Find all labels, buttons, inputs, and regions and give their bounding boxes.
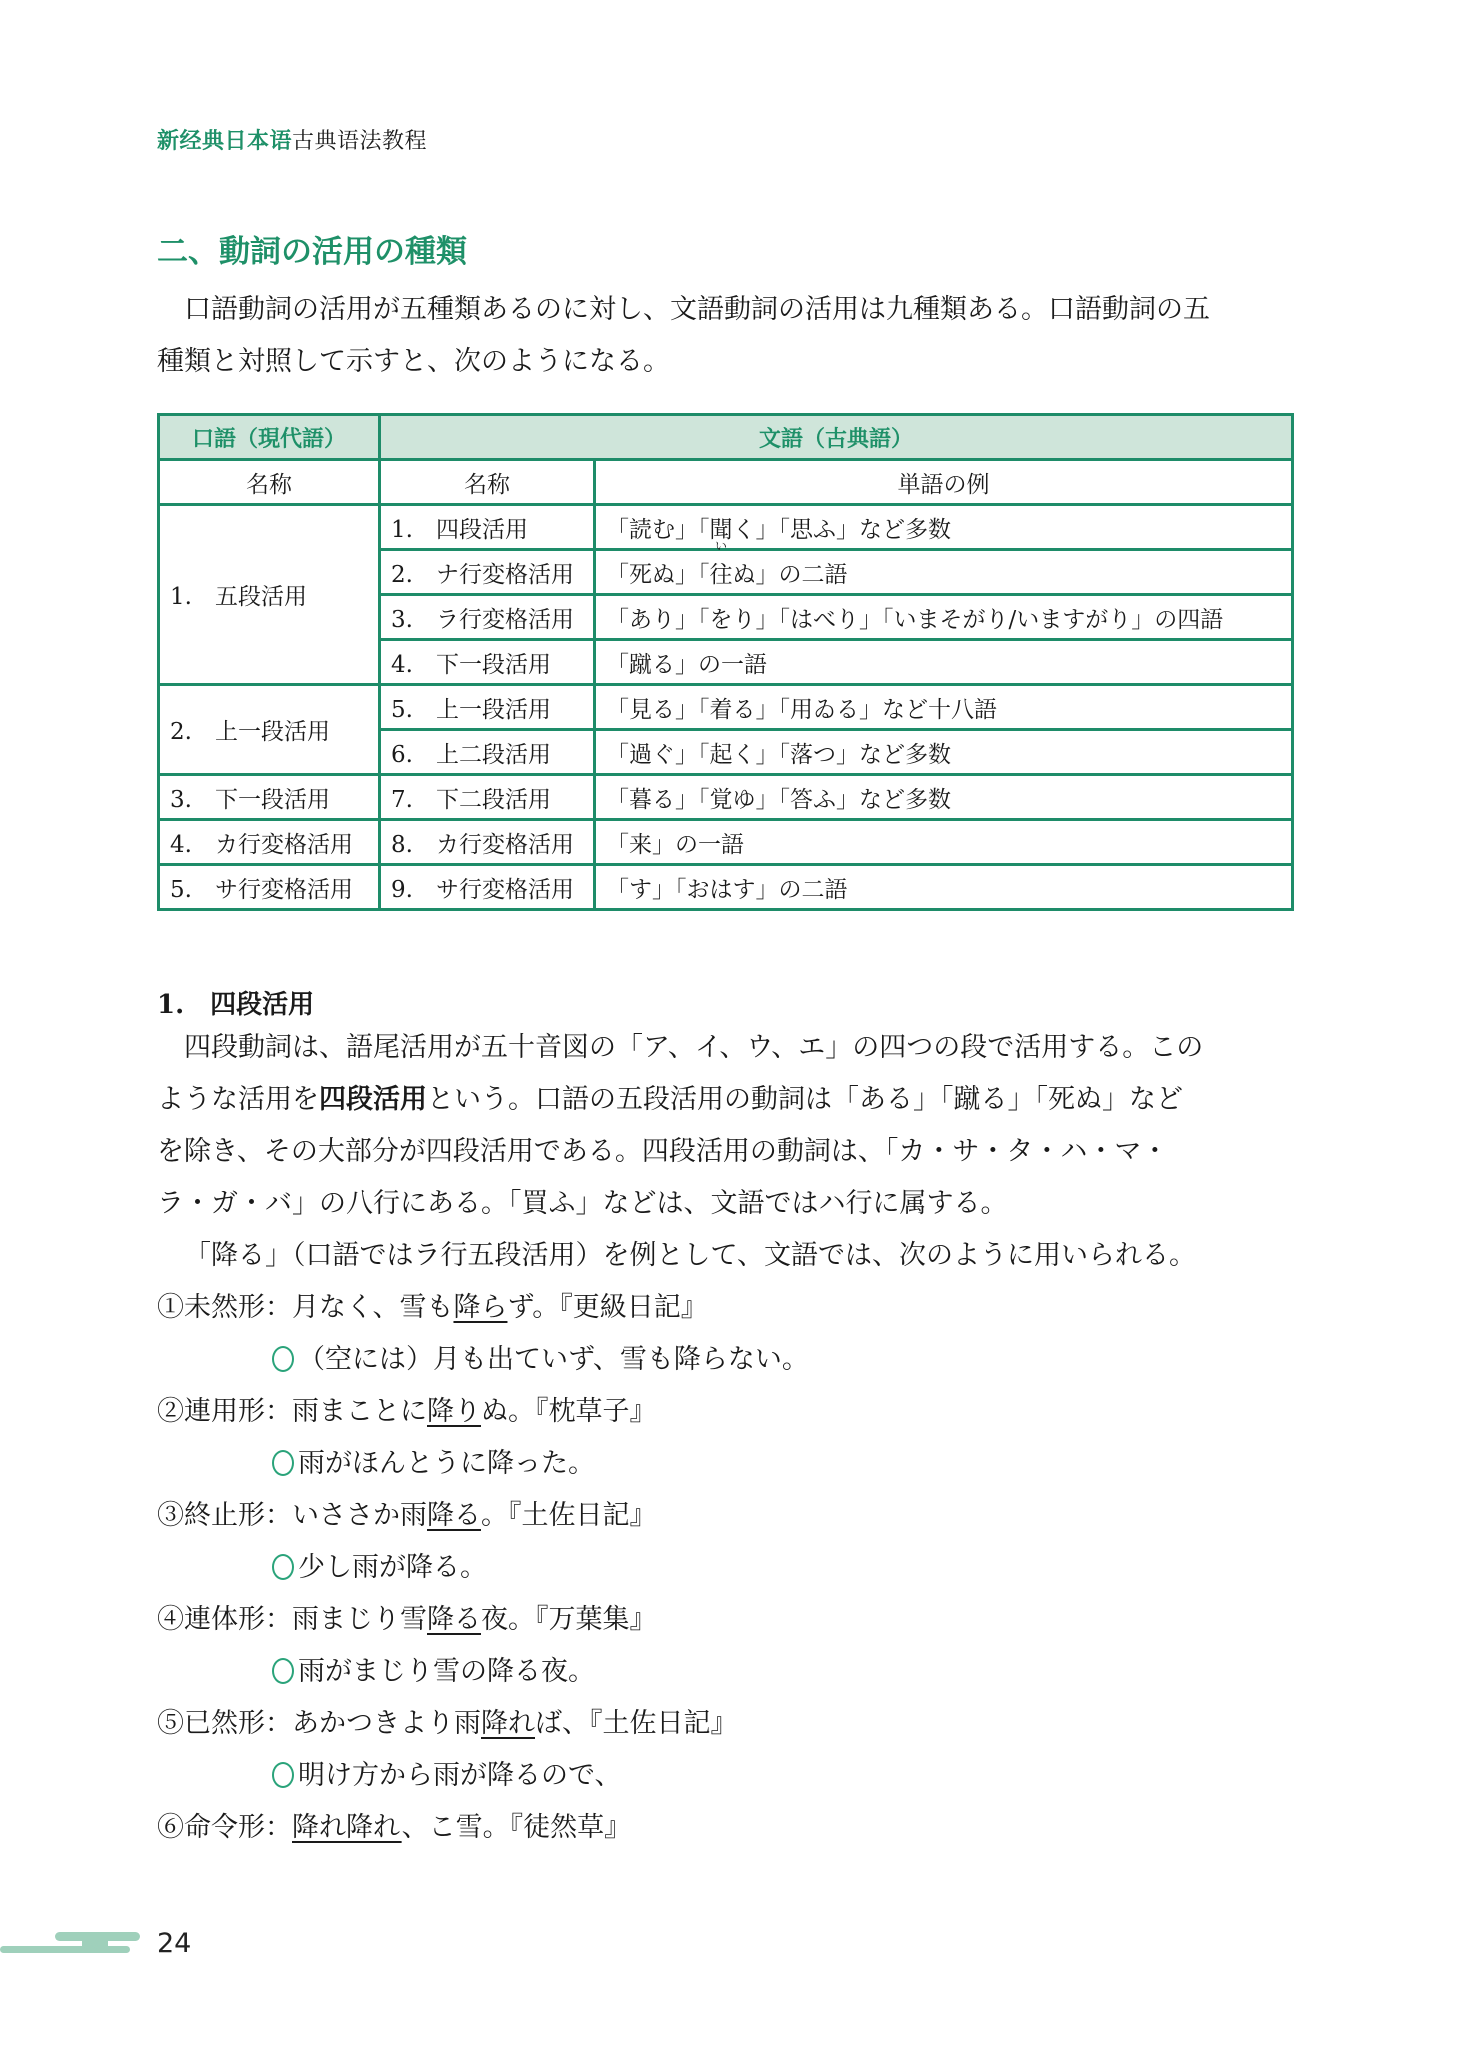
word-examples: 「見る」「着る」「用ゐる」など十八語 xyxy=(595,685,1293,730)
running-head: 新经典日本语古典语法教程 xyxy=(157,124,427,155)
conjugation-examples: ①未然形：月なく、雪も降らず。『更級日記』 （空には）月も出ていず、雪も降らない… xyxy=(157,1282,809,1854)
underlined-verb: 降り xyxy=(427,1396,481,1427)
example-text: ぬ。『枕草子』 xyxy=(481,1396,657,1427)
underlined-verb: 降る xyxy=(427,1604,481,1635)
classical-type: 9. サ行変格活用 xyxy=(380,865,595,910)
para-line: ような活用を四段活用という。口語の五段活用の動詞は「ある」「蹴る」「死ぬ」など xyxy=(157,1074,1297,1126)
example-line: ②連用形：雨まことに降りぬ。『枕草子』 xyxy=(157,1386,809,1438)
key-term: 四段活用 xyxy=(319,1084,427,1115)
table-band-header: 口語（現代語） 文語（古典語） xyxy=(159,415,1293,460)
header-colloquial: 口語（現代語） xyxy=(159,415,380,460)
book-series-brand: 新经典日本语 xyxy=(157,128,292,154)
translation-text: 雨がまじり雪の降る夜。 xyxy=(298,1656,595,1687)
translation-text: （空には）月も出ていず、雪も降らない。 xyxy=(298,1344,809,1375)
translation-line: 少し雨が降る。 xyxy=(157,1542,809,1594)
book-subtitle: 古典语法教程 xyxy=(292,129,427,154)
col-header-classical-name: 名称 xyxy=(380,460,595,505)
underlined-verb: 降る xyxy=(427,1500,481,1531)
ruby-annotated-kanji: い往 xyxy=(710,556,733,589)
table-row: 2. 上一段活用 5. 上一段活用 「見る」「着る」「用ゐる」など十八語 xyxy=(159,685,1293,730)
translation-line: （空には）月も出ていず、雪も降らない。 xyxy=(157,1334,809,1386)
translation-text: 雨がほんとうに降った。 xyxy=(298,1448,595,1479)
colloquial-type: 3. 下一段活用 xyxy=(159,775,380,820)
word-examples: 「読む」「聞く」「思ふ」など多数 xyxy=(595,505,1293,550)
circle-marker-icon xyxy=(272,1450,294,1476)
example-text: 雨まじり雪 xyxy=(292,1604,427,1635)
header-classical: 文語（古典語） xyxy=(380,415,1293,460)
para-line: 「降る」（口語ではラ行五段活用）を例として、文語では、次のように用いられる。 xyxy=(157,1230,1297,1282)
para-line: ラ・ガ・バ」の八行にある。「買ふ」などは、文語ではハ行に属する。 xyxy=(157,1178,1297,1230)
intro-line-1: 口語動詞の活用が五種類あるのに対し、文語動詞の活用は九種類ある。口語動詞の五 xyxy=(157,284,1297,336)
example-text: 。『土佐日記』 xyxy=(481,1500,657,1531)
form-label: ②連用形： xyxy=(157,1396,292,1427)
furigana: い xyxy=(715,540,727,552)
word-examples: 「す」「おはす」の二語 xyxy=(595,865,1293,910)
underlined-verb: 降れ降れ xyxy=(292,1812,402,1843)
classical-type: 3. ラ行変格活用 xyxy=(380,595,595,640)
example-text: 月なく、雪も xyxy=(292,1292,453,1323)
para-text: という。口語の五段活用の動詞は「ある」「蹴る」「死ぬ」など xyxy=(427,1084,1183,1115)
para-line: を除き、その大部分が四段活用である。四段活用の動詞は、「カ・サ・タ・ハ・マ・ xyxy=(157,1126,1297,1178)
classical-type: 1. 四段活用 xyxy=(380,505,595,550)
conjugation-comparison-table: 口語（現代語） 文語（古典語） 名称 名称 単語の例 1. 五段活用 1. 四段… xyxy=(157,413,1294,911)
translation-line: 雨がまじり雪の降る夜。 xyxy=(157,1646,809,1698)
form-label: ⑤已然形： xyxy=(157,1708,292,1739)
word-examples: 「暮る」「覚ゆ」「答ふ」など多数 xyxy=(595,775,1293,820)
form-label: ④連体形： xyxy=(157,1604,292,1635)
colloquial-type: 5. サ行変格活用 xyxy=(159,865,380,910)
example-line: ⑤已然形：あかつきより雨降れば、『土佐日記』 xyxy=(157,1698,809,1750)
para-text: ような活用を xyxy=(157,1084,319,1115)
form-label: ③終止形： xyxy=(157,1500,292,1531)
translation-text: 少し雨が降る。 xyxy=(298,1552,487,1583)
para-line: 四段動詞は、語尾活用が五十音図の「ア、イ、ウ、エ」の四つの段で活用する。この xyxy=(157,1022,1297,1074)
example-text: ば、『土佐日記』 xyxy=(535,1708,738,1739)
form-label: ⑥命令形： xyxy=(157,1812,292,1843)
colloquial-type: 4. カ行変格活用 xyxy=(159,820,380,865)
word-examples: 「来」の一語 xyxy=(595,820,1293,865)
example-text: 、こ雪。『徒然草』 xyxy=(402,1812,632,1843)
table-row: 3. 下一段活用 7. 下二段活用 「暮る」「覚ゆ」「答ふ」など多数 xyxy=(159,775,1293,820)
examples-text: 「死ぬ」「 xyxy=(606,562,710,588)
circle-marker-icon xyxy=(272,1658,294,1684)
word-examples: 「死ぬ」「い往ぬ」の二語 xyxy=(595,550,1293,595)
example-text: いささか雨 xyxy=(292,1500,427,1531)
colloquial-type: 2. 上一段活用 xyxy=(159,685,380,775)
example-line: ④連体形：雨まじり雪降る夜。『万葉集』 xyxy=(157,1594,809,1646)
form-label: ①未然形： xyxy=(157,1292,292,1323)
circle-marker-icon xyxy=(272,1346,294,1372)
word-examples: 「あり」「をり」「はべり」「いまそがり/いますがり」の四語 xyxy=(595,595,1293,640)
footer-decoration-bottom-bar xyxy=(0,1946,130,1953)
classical-type: 5. 上一段活用 xyxy=(380,685,595,730)
word-examples: 「過ぐ」「起く」「落つ」など多数 xyxy=(595,730,1293,775)
intro-paragraph: 口語動詞の活用が五種類あるのに対し、文語動詞の活用は九種類ある。口語動詞の五 種… xyxy=(157,284,1297,388)
colloquial-type: 1. 五段活用 xyxy=(159,505,380,685)
table-row: 4. カ行変格活用 8. カ行変格活用 「来」の一語 xyxy=(159,820,1293,865)
circle-marker-icon xyxy=(272,1554,294,1580)
example-line: ⑥命令形：降れ降れ、こ雪。『徒然草』 xyxy=(157,1802,809,1854)
word-examples: 「蹴る」の一語 xyxy=(595,640,1293,685)
underlined-verb: 降れ xyxy=(481,1708,535,1739)
ruby-base: 往 xyxy=(710,562,733,588)
section-title: 二、動詞の活用の種類 xyxy=(157,226,467,271)
example-text: あかつきより雨 xyxy=(292,1708,481,1739)
table-column-headers: 名称 名称 単語の例 xyxy=(159,460,1293,505)
underlined-verb: 降ら xyxy=(453,1292,507,1323)
table-row: 5. サ行変格活用 9. サ行変格活用 「す」「おはす」の二語 xyxy=(159,865,1293,910)
subsection-paragraph: 四段動詞は、語尾活用が五十音図の「ア、イ、ウ、エ」の四つの段で活用する。この よ… xyxy=(157,1022,1297,1282)
classical-type: 8. カ行変格活用 xyxy=(380,820,595,865)
subsection-title: 1. 四段活用 xyxy=(157,984,314,1021)
examples-text: ぬ」の二語 xyxy=(733,562,848,588)
example-line: ③終止形：いささか雨降る。『土佐日記』 xyxy=(157,1490,809,1542)
classical-type: 2. ナ行変格活用 xyxy=(380,550,595,595)
classical-type: 7. 下二段活用 xyxy=(380,775,595,820)
translation-text: 明け方から雨が降るので、 xyxy=(298,1760,621,1791)
example-text: 雨まことに xyxy=(292,1396,427,1427)
col-header-examples: 単語の例 xyxy=(595,460,1293,505)
intro-line-2: 種類と対照して示すと、次のようになる。 xyxy=(157,336,1297,388)
translation-line: 雨がほんとうに降った。 xyxy=(157,1438,809,1490)
example-line: ①未然形：月なく、雪も降らず。『更級日記』 xyxy=(157,1282,809,1334)
example-text: 夜。『万葉集』 xyxy=(481,1604,657,1635)
circle-marker-icon xyxy=(272,1762,294,1788)
classical-type: 4. 下一段活用 xyxy=(380,640,595,685)
example-text: ず。『更級日記』 xyxy=(507,1292,707,1323)
col-header-colloquial-name: 名称 xyxy=(159,460,380,505)
translation-line: 明け方から雨が降るので、 xyxy=(157,1750,809,1802)
page-number: 24 xyxy=(157,1928,191,1959)
classical-type: 6. 上二段活用 xyxy=(380,730,595,775)
